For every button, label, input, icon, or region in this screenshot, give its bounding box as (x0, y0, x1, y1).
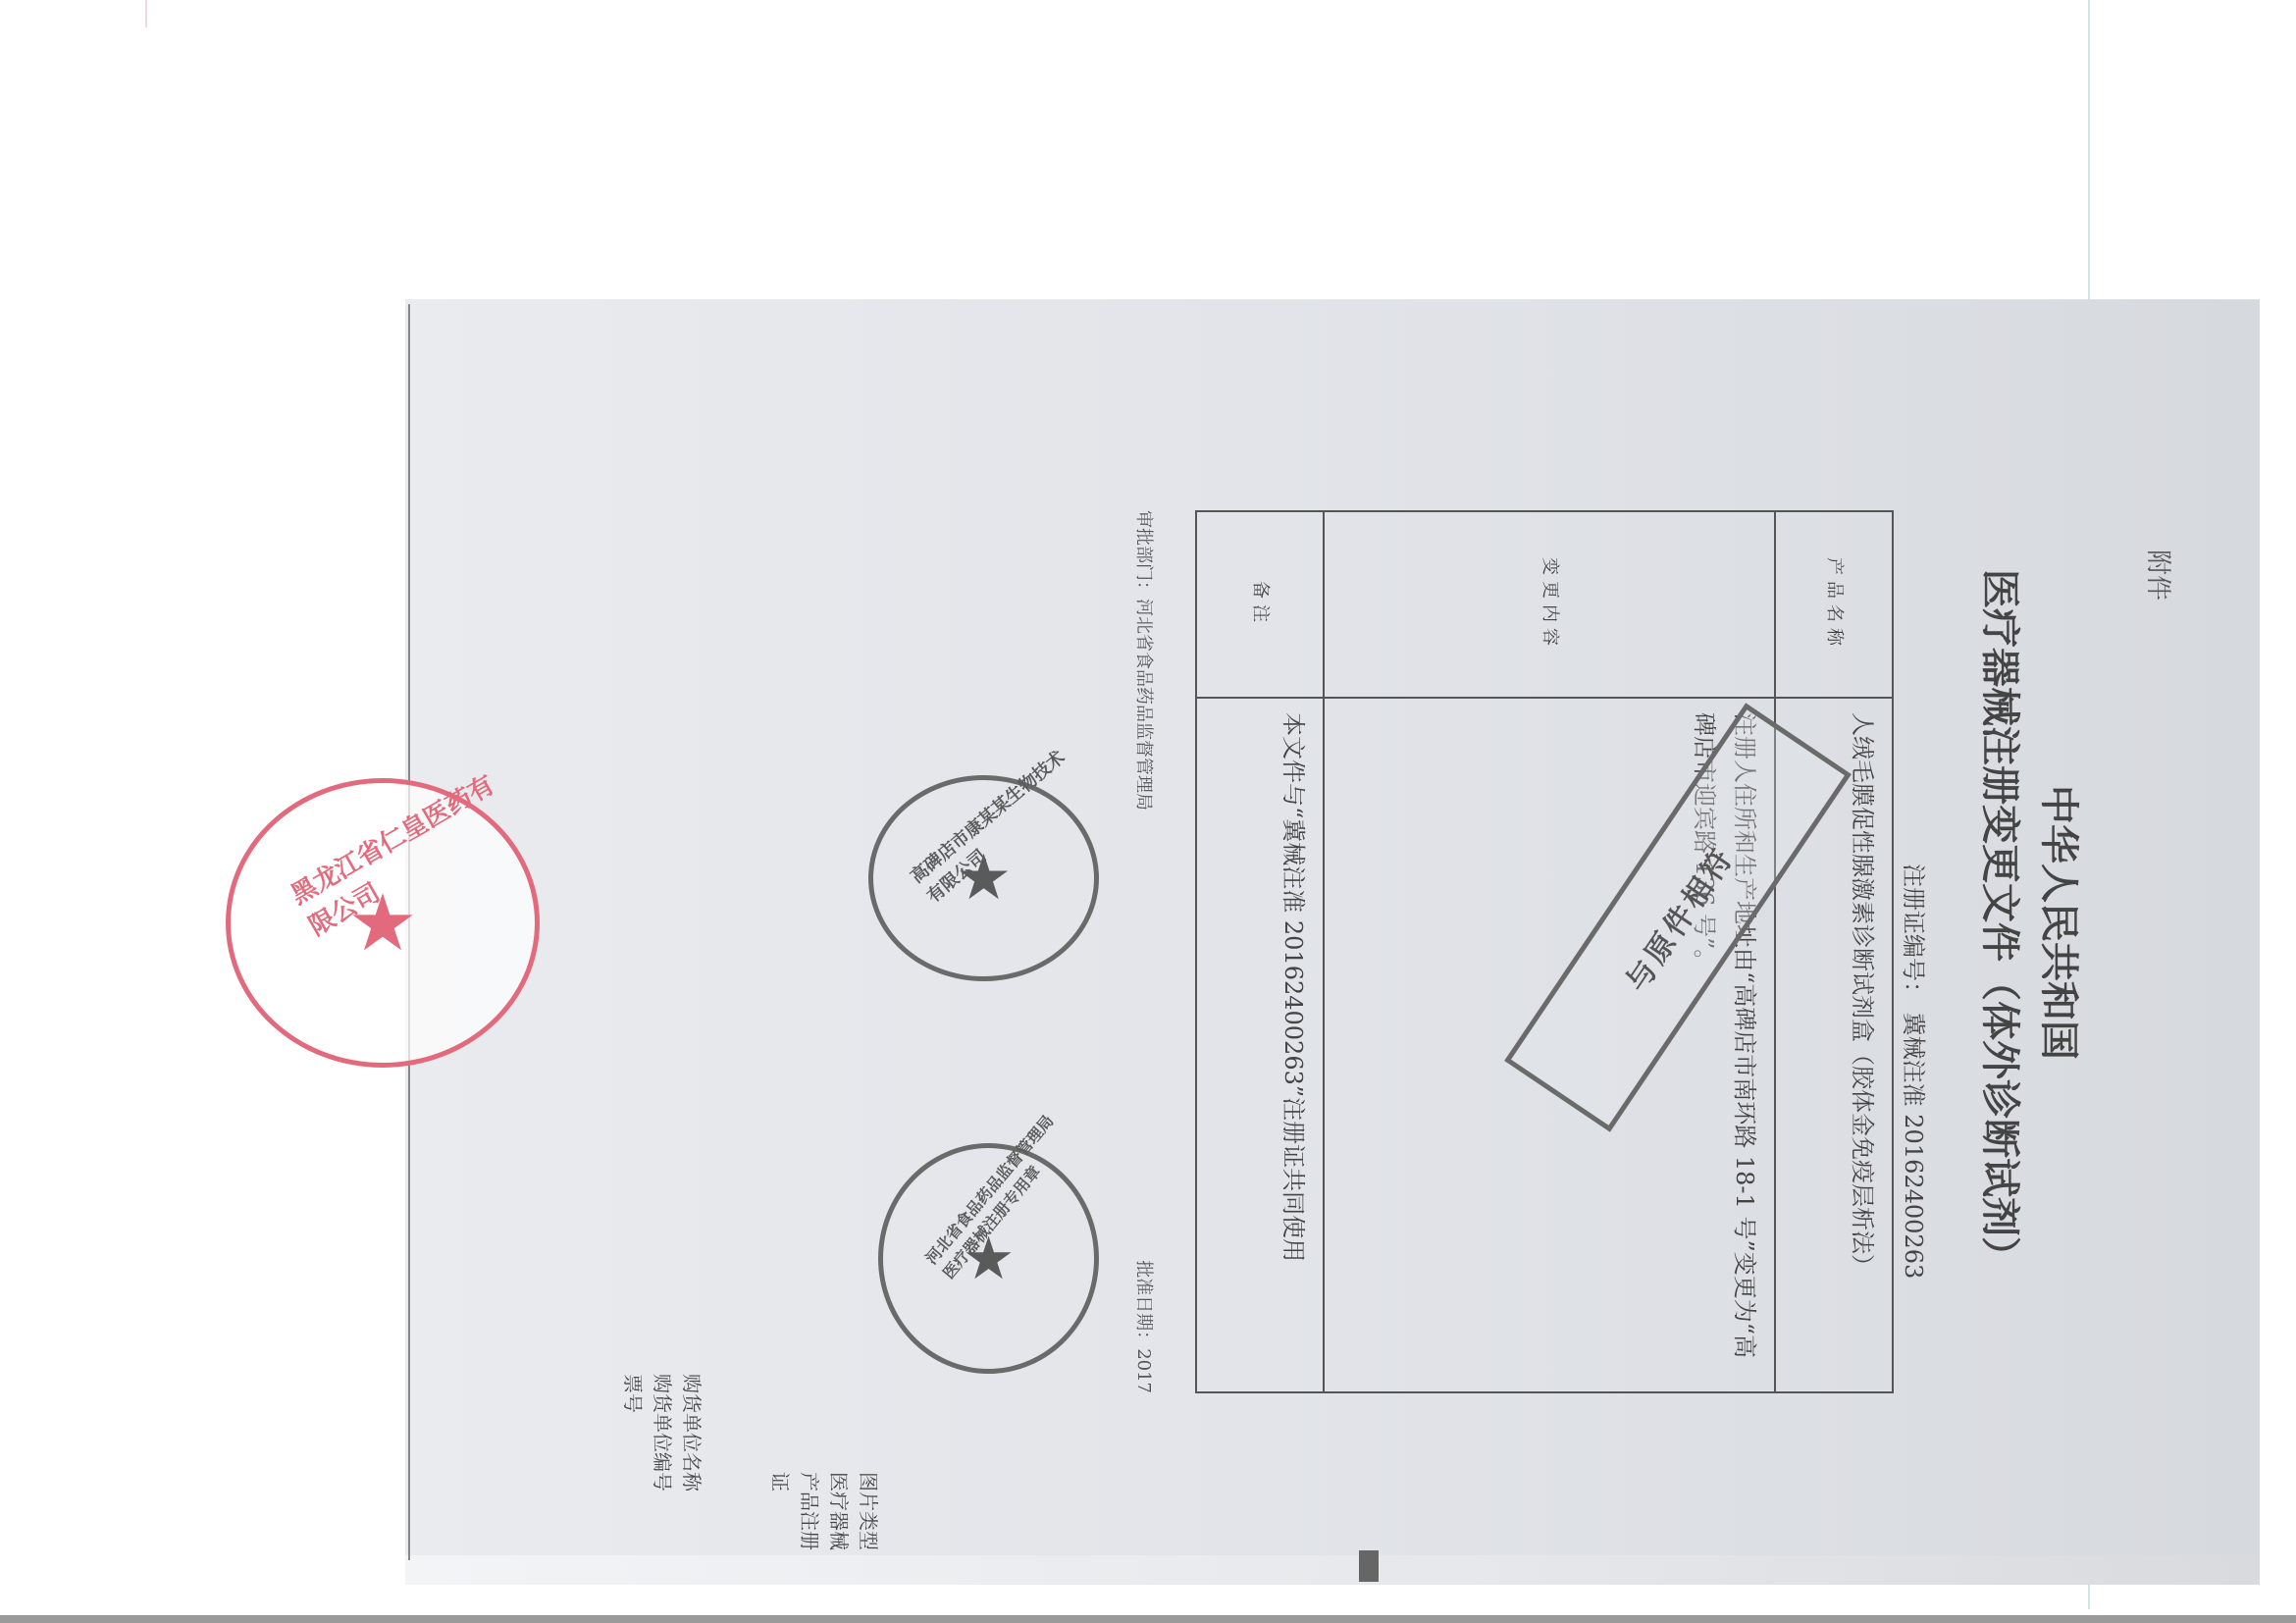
change-table: 产品名称 人绒毛膜促性腺激素诊断试剂盒（胶体金免疫层析法） 变更内容 注册人住所… (1195, 510, 1894, 1393)
document-title-line1: 中华人民共和国 (2034, 314, 2090, 1531)
approval-date-label: 批准日期： (1133, 1260, 1154, 1348)
approval-date-value: 2017 (1133, 1348, 1154, 1393)
authority-seal: ★ 河北省食品药品监督管理局 医疗器械注册专用章 (878, 1143, 1099, 1374)
attachment-label: 附件 (2142, 550, 2178, 601)
scan-artifact (1359, 1550, 1379, 1582)
row-label-product-name: 产品名称 (1775, 511, 1893, 698)
row-value-remarks: 本文件与“冀械注准 20162400263”注册证共同使用 (1196, 698, 1324, 1392)
page-edge-mark (145, 0, 147, 27)
image-type-label: 图片类型 医疗器械产品注册证 (765, 1472, 883, 1550)
document-title-line2: 医疗器械注册变更文件（体外诊断试剂） (1975, 314, 2031, 1531)
company-seal: ★ 高碑店市康某某生物技术有限公司 (868, 775, 1099, 981)
table-row: 产品名称 人绒毛膜促性腺激素诊断试剂盒（胶体金免疫层析法） (1775, 511, 1893, 1392)
approval-dept-label: 审批部门： (1133, 510, 1154, 599)
buyer-info-labels: 购货单位名称 购货单位编号 票号 (618, 1374, 706, 1590)
row-label-remarks: 备注 (1196, 511, 1324, 698)
page-bottom-edge (0, 1615, 2296, 1623)
approval-dept-value: 河北省食品药品监督管理局 (1133, 599, 1154, 811)
registration-number-label: 注册证编号： (1900, 864, 1927, 1005)
buyer-code-label: 购货单位编号 (648, 1374, 677, 1590)
red-company-seal: ★ 黑龙江省仁皇医药有限公司 (226, 778, 540, 1068)
rotated-document: 附件 中华人民共和国 医疗器械注册变更文件（体外诊断试剂） 注册证编号： 冀械注… (451, 314, 2198, 1531)
registration-number-value: 冀械注准 20162400263 (1900, 1013, 1927, 1280)
approval-date: 批准日期：2017 (1132, 1260, 1158, 1393)
row-label-change-content: 变更内容 (1324, 511, 1775, 698)
registration-number: 注册证编号： 冀械注准 20162400263 (1899, 864, 1933, 1279)
table-row: 备注 本文件与“冀械注准 20162400263”注册证共同使用 (1196, 511, 1324, 1392)
ticket-number-label: 票号 (618, 1374, 648, 1590)
buyer-name-label: 购货单位名称 (677, 1374, 706, 1590)
approval-dept: 审批部门：河北省食品药品监督管理局 (1132, 510, 1158, 811)
